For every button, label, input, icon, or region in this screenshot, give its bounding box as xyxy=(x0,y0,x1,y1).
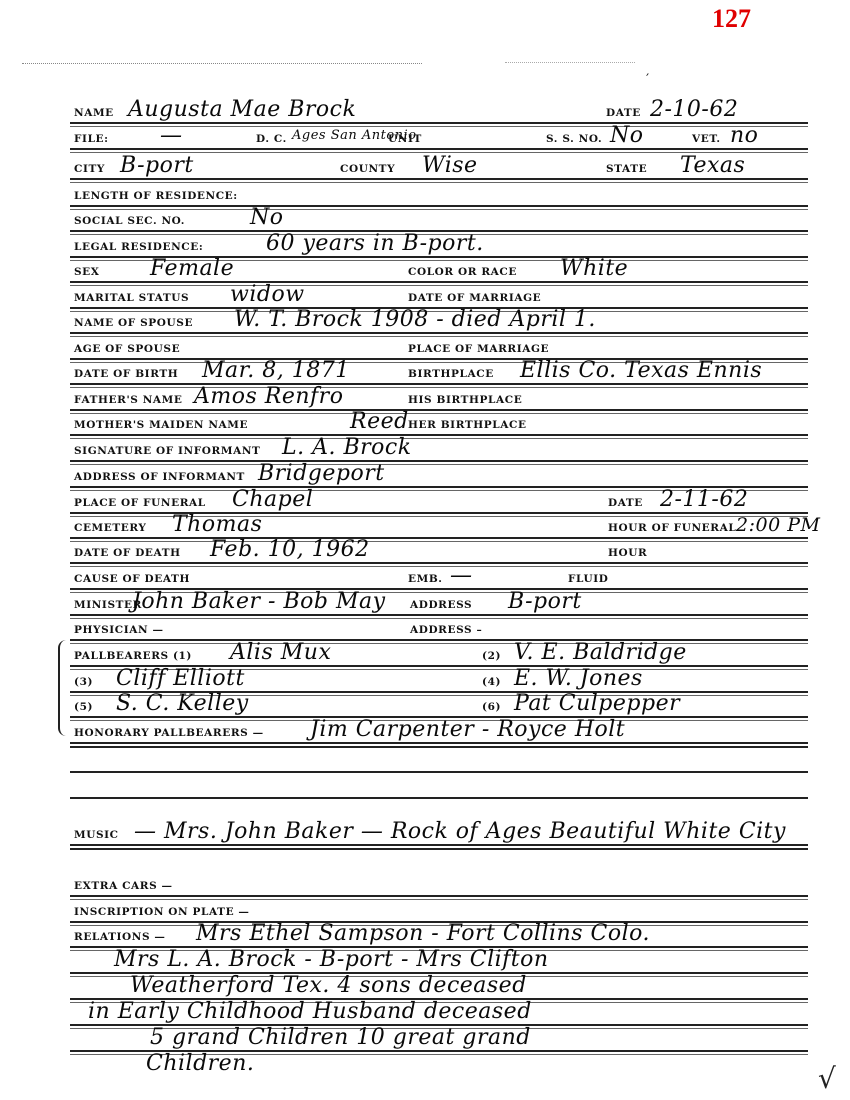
field-label: MARITAL STATUS xyxy=(74,292,189,304)
field-label: NAME OF SPOUSE xyxy=(74,317,193,329)
field-label: (2) xyxy=(482,650,501,662)
form-row: MARITAL STATUSwidowDATE OF MARRIAGE xyxy=(70,281,808,309)
field-label: BIRTHPLACE xyxy=(408,368,494,380)
form-row: INSCRIPTION ON PLATE — xyxy=(70,895,808,923)
form-row: NAMEAugusta Mae BrockDATE2-10-62 xyxy=(70,96,808,124)
form-row: PLACE OF FUNERALChapelDATE2-11-62 xyxy=(70,486,808,514)
field-value[interactable]: — xyxy=(450,564,473,588)
field-value[interactable]: Cliff Elliott xyxy=(116,667,245,691)
field-value[interactable]: — Mrs. John Baker — Rock of Ages Beautif… xyxy=(134,820,786,844)
field-value[interactable]: B-port xyxy=(120,154,194,178)
field-label: AGE OF SPOUSE xyxy=(74,343,180,355)
field-label: FLUID xyxy=(568,573,608,585)
field-value[interactable]: Amos Renfro xyxy=(194,385,343,409)
form-row: (5)S. C. Kelley(6)Pat Culpepper xyxy=(70,690,808,718)
field-label: FATHER'S NAME xyxy=(74,394,183,406)
form-row: RELATIONS —Mrs Ethel Sampson - Fort Coll… xyxy=(70,920,808,948)
field-value[interactable]: V. E. Baldridge xyxy=(514,641,687,665)
blank-ruled-line xyxy=(70,771,808,773)
form-row: PALLBEARERS (1)Alis Mux(2)V. E. Baldridg… xyxy=(70,639,808,667)
field-label: (4) xyxy=(482,676,501,688)
field-label: COUNTY xyxy=(340,163,395,175)
field-value[interactable]: No xyxy=(610,124,644,148)
blank-ruled-line xyxy=(70,797,808,799)
form-row: in Early Childhood Husband deceased xyxy=(70,998,808,1026)
field-label: LENGTH OF RESIDENCE: xyxy=(74,190,238,202)
field-label: D. C. xyxy=(256,133,287,145)
form-row: DATE OF BIRTHMar. 8, 1871BIRTHPLACEEllis… xyxy=(70,357,808,385)
field-label: PLACE OF FUNERAL xyxy=(74,497,206,509)
field-value[interactable]: 2:00 PM xyxy=(736,513,820,537)
field-label: FILE: xyxy=(74,133,109,145)
form-row: Weatherford Tex. 4 sons deceased xyxy=(70,972,808,1000)
form-row: DATE OF DEATHFeb. 10, 1962HOUR xyxy=(70,536,808,564)
field-label: HER BIRTHPLACE xyxy=(408,419,527,431)
field-value[interactable]: Weatherford Tex. 4 sons deceased xyxy=(130,974,527,998)
field-label: MUSIC xyxy=(74,829,119,841)
form-row: (3)Cliff Elliott(4)E. W. Jones xyxy=(70,665,808,693)
field-value[interactable]: widow xyxy=(230,283,305,307)
field-label: CITY xyxy=(74,163,105,175)
field-label: EMB. xyxy=(408,573,443,585)
field-label: HOUR OF FUNERAL xyxy=(608,522,736,534)
form-row: AGE OF SPOUSEPLACE OF MARRIAGE xyxy=(70,332,808,360)
field-value[interactable]: Wise xyxy=(422,154,478,178)
form-row: CAUSE OF DEATHEMB.—FLUID xyxy=(70,562,808,590)
blank-ruled-line xyxy=(70,848,808,850)
field-value[interactable]: B-port xyxy=(508,590,582,614)
field-value[interactable]: Ellis Co. Texas Ennis xyxy=(520,359,762,383)
form-row: PHYSICIAN —ADDRESS – xyxy=(70,613,808,641)
field-label: DATE xyxy=(608,497,643,509)
field-label: CAUSE OF DEATH xyxy=(74,573,190,585)
field-value[interactable]: Texas xyxy=(680,154,745,178)
field-label: (5) xyxy=(74,701,93,713)
pallbearers-brace xyxy=(58,640,70,736)
page-number: 127 xyxy=(712,4,751,34)
form-row: MOTHER'S MAIDEN NAMEReedHER BIRTHPLACE xyxy=(70,408,808,436)
field-value[interactable]: Mrs Ethel Sampson - Fort Collins Colo. xyxy=(196,922,650,946)
field-value[interactable]: — xyxy=(160,124,183,148)
field-label: STATE xyxy=(606,163,647,175)
field-label: VET. xyxy=(692,133,721,145)
field-label: SOCIAL SEC. NO. xyxy=(74,215,185,227)
form-row: 5 grand Children 10 great grand xyxy=(70,1024,808,1052)
form-row: SIGNATURE OF INFORMANTL. A. Brock xyxy=(70,434,808,462)
field-label: MOTHER'S MAIDEN NAME xyxy=(74,419,248,431)
field-label: PLACE OF MARRIAGE xyxy=(408,343,549,355)
field-label: RELATIONS — xyxy=(74,931,166,943)
field-value[interactable]: 5 grand Children 10 great grand xyxy=(150,1026,531,1050)
field-value[interactable]: 2-11-62 xyxy=(660,488,748,512)
tick-mark: ′ xyxy=(646,72,649,88)
form-row: MUSIC— Mrs. John Baker — Rock of Ages Be… xyxy=(70,818,808,846)
field-value[interactable]: L. A. Brock xyxy=(282,436,412,460)
check-mark: √ xyxy=(818,1062,836,1095)
top-rule-right xyxy=(505,62,635,63)
field-label: PHYSICIAN — xyxy=(74,624,164,636)
field-value[interactable]: Feb. 10, 1962 xyxy=(210,538,370,562)
field-label: NAME xyxy=(74,107,114,119)
form-row: SOCIAL SEC. NO.No xyxy=(70,204,808,232)
form-row: NAME OF SPOUSEW. T. Brock 1908 - died Ap… xyxy=(70,306,808,334)
top-rule xyxy=(22,63,422,64)
field-value[interactable]: Thomas xyxy=(172,513,262,537)
field-value[interactable]: No xyxy=(250,206,284,230)
field-label: (6) xyxy=(482,701,501,713)
field-label: UNIT xyxy=(388,133,422,145)
form-row: LEGAL RESIDENCE:60 years in B-port. xyxy=(70,230,808,258)
field-label: INSCRIPTION ON PLATE — xyxy=(74,906,250,918)
field-value[interactable]: 60 years in B-port. xyxy=(266,232,484,256)
field-value[interactable]: E. W. Jones xyxy=(514,667,643,691)
field-value[interactable]: John Baker - Bob May xyxy=(132,590,386,614)
field-value[interactable]: Mrs L. A. Brock - B-port - Mrs Clifton xyxy=(114,948,549,972)
form-row: CITYB-portCOUNTYWiseSTATETexas xyxy=(70,152,808,180)
field-label: HIS BIRTHPLACE xyxy=(408,394,522,406)
field-value[interactable]: S. C. Kelley xyxy=(116,692,249,716)
field-value[interactable]: Augusta Mae Brock xyxy=(128,98,356,122)
field-value[interactable]: Pat Culpepper xyxy=(514,692,680,716)
blank-ruled-line xyxy=(70,746,808,748)
field-value[interactable]: Reed xyxy=(350,410,409,434)
field-label: EXTRA CARS — xyxy=(74,880,173,892)
form-row: ADDRESS OF INFORMANTBridgeport xyxy=(70,460,808,488)
field-value[interactable]: Bridgeport xyxy=(258,462,385,486)
form-row: SEXFemaleCOLOR OR RACEWhite xyxy=(70,255,808,283)
form-row: LENGTH OF RESIDENCE: xyxy=(70,179,808,207)
field-label: (3) xyxy=(74,676,93,688)
form-row: FATHER'S NAMEAmos RenfroHIS BIRTHPLACE xyxy=(70,383,808,411)
field-value[interactable]: Female xyxy=(150,257,234,281)
field-value[interactable]: 2-10-62 xyxy=(650,98,738,122)
field-value[interactable]: W. T. Brock 1908 - died April 1. xyxy=(234,308,596,332)
field-label: DATE OF MARRIAGE xyxy=(408,292,541,304)
form-row: CEMETERYThomasHOUR OF FUNERAL2:00 PM xyxy=(70,511,808,539)
field-label: ADDRESS xyxy=(410,599,472,611)
form-row: FILE:—D. C.Ages San AntonioUNITS. S. NO.… xyxy=(70,122,808,150)
form-row: EXTRA CARS — xyxy=(70,869,808,897)
field-label: CEMETERY xyxy=(74,522,147,534)
field-label: DATE OF DEATH xyxy=(74,547,181,559)
field-label: HONORARY PALLBEARERS — xyxy=(74,727,264,739)
field-label: S. S. NO. xyxy=(546,133,602,145)
field-label: DATE OF BIRTH xyxy=(74,368,178,380)
field-value[interactable]: Jim Carpenter - Royce Holt xyxy=(310,718,625,742)
form-row: MINISTERJohn Baker - Bob MayADDRESSB-por… xyxy=(70,588,808,616)
field-label: PALLBEARERS (1) xyxy=(74,650,192,662)
form-row: HONORARY PALLBEARERS —Jim Carpenter - Ro… xyxy=(70,716,808,744)
field-value[interactable]: White xyxy=(560,257,628,281)
field-label: COLOR OR RACE xyxy=(408,266,517,278)
field-value[interactable]: Chapel xyxy=(232,488,313,512)
field-label: ADDRESS – xyxy=(410,624,482,636)
form-row: Mrs L. A. Brock - B-port - Mrs Clifton xyxy=(70,946,808,974)
field-label: SIGNATURE OF INFORMANT xyxy=(74,445,260,457)
field-label: HOUR xyxy=(608,547,647,559)
field-value[interactable]: Alis Mux xyxy=(230,641,331,665)
field-value[interactable]: Mar. 8, 1871 xyxy=(202,359,350,383)
field-label: LEGAL RESIDENCE: xyxy=(74,241,203,253)
field-value[interactable]: in Early Childhood Husband deceased xyxy=(88,1000,532,1024)
field-label: SEX xyxy=(74,266,100,278)
field-label: ADDRESS OF INFORMANT xyxy=(74,471,245,483)
trailing-relations-text: Children. xyxy=(146,1052,254,1076)
field-value[interactable]: no xyxy=(730,124,758,148)
field-label: DATE xyxy=(606,107,641,119)
